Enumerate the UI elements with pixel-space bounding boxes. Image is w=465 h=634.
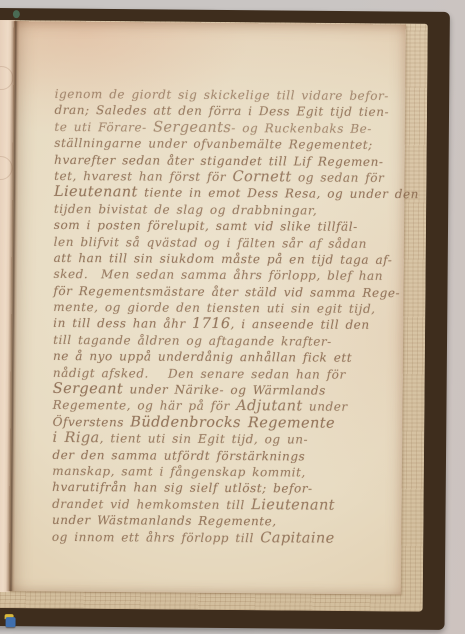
manuscript-text: in till dess han åhr <box>53 316 192 331</box>
manuscript-text: , i anseende till den <box>231 317 370 332</box>
manuscript-text: igenom de giordt sig skickelige till vid… <box>55 87 389 103</box>
manuscript-text: drandet vid hemkomsten till <box>52 497 251 512</box>
emphasized-word: i Riga <box>52 430 99 446</box>
manuscript-text: under Närike- og Wärmlands <box>123 382 326 397</box>
emphasized-word: Sergeants <box>153 119 231 135</box>
manuscript-text: ställningarne under ofvanbemälte Regemen… <box>54 136 373 152</box>
manuscript-page: igenom de giordt sig skickelige till vid… <box>9 21 406 594</box>
manuscript-text: sked. Men sedan samma åhrs förlopp, blef… <box>53 267 383 283</box>
manuscript-text: te uti Förare- <box>54 120 153 135</box>
cover-wear-spot <box>13 10 20 18</box>
manuscript-text: og sedan för <box>292 170 385 185</box>
manuscript-text: för Regementsmästare åter stäld vid samm… <box>53 284 400 300</box>
manuscript-text: dran; Saledes att den förra i Dess Egit … <box>54 103 389 119</box>
emphasized-word: Büddenbrocks Regemente <box>130 414 335 431</box>
manuscript-text: manskap, samt i fångenskap kommit, <box>52 464 306 480</box>
manuscript-text: som i posten förelupit, samt vid slike t… <box>54 218 358 234</box>
manuscript-text: og innom ett åhrs förlopp till <box>52 529 261 544</box>
manuscript-text: , tient uti sin Egit tijd, og un- <box>100 431 309 446</box>
manuscript-text: der den samma utfördt förstärknings <box>52 448 305 464</box>
emphasized-word: Capitaine <box>260 530 334 546</box>
manuscript-line: og innom ett åhrs förlopp till Capitaine <box>52 528 398 547</box>
manuscript-text: under <box>303 400 348 414</box>
manuscript-text: len blifvit så qvästad og i fälten sår a… <box>54 234 367 250</box>
manuscript-text: tiente in emot Dess Resa, og under den <box>138 186 419 202</box>
manuscript-text: mente, og giorde den tiensten uti sin eg… <box>53 300 375 316</box>
manuscript-text: hvarutifrån han sig sielf utlöst; befor- <box>52 480 313 496</box>
manuscript-text: Öfverstens <box>53 415 131 429</box>
manuscript-text: hvarefter sedan åter stigandet till Lif … <box>54 152 383 168</box>
manuscript-text: Regemente, og här på för <box>53 398 237 413</box>
manuscript-text: - og Ruckenbaks Be- <box>231 121 372 136</box>
bookmark-tab <box>5 614 16 627</box>
manuscript-text: nådigt afsked. Den senare sedan han för <box>53 366 346 382</box>
emphasized-word: Lieutenant <box>54 184 138 201</box>
manuscript-scan: igenom de giordt sig skickelige till vid… <box>0 0 465 634</box>
handwritten-text: igenom de giordt sig skickelige till vid… <box>52 86 401 547</box>
emphasized-word: Adjutant <box>236 398 303 414</box>
bookmark-blue-ribbon <box>6 617 16 627</box>
emphasized-word: Cornett <box>232 169 291 185</box>
book: igenom de giordt sig skickelige till vid… <box>0 0 465 634</box>
manuscript-text: tijden bivistat de slag og drabbningar, <box>54 202 317 218</box>
manuscript-text: att han till sin siukdom måste på en tij… <box>54 251 393 267</box>
manuscript-text: tet, hvarest han först för <box>54 169 232 184</box>
emphasized-word: Lieutenant <box>251 497 335 514</box>
emphasized-word: Sergeant <box>53 381 123 397</box>
manuscript-text: ne å nyo uppå underdånig anhållan fick e… <box>53 349 352 365</box>
manuscript-text: till tagande åldren og aftagande krafter… <box>53 333 332 349</box>
emphasized-word: 1716 <box>192 316 231 332</box>
manuscript-text: under Wästmanlands Regemente, <box>52 513 277 528</box>
